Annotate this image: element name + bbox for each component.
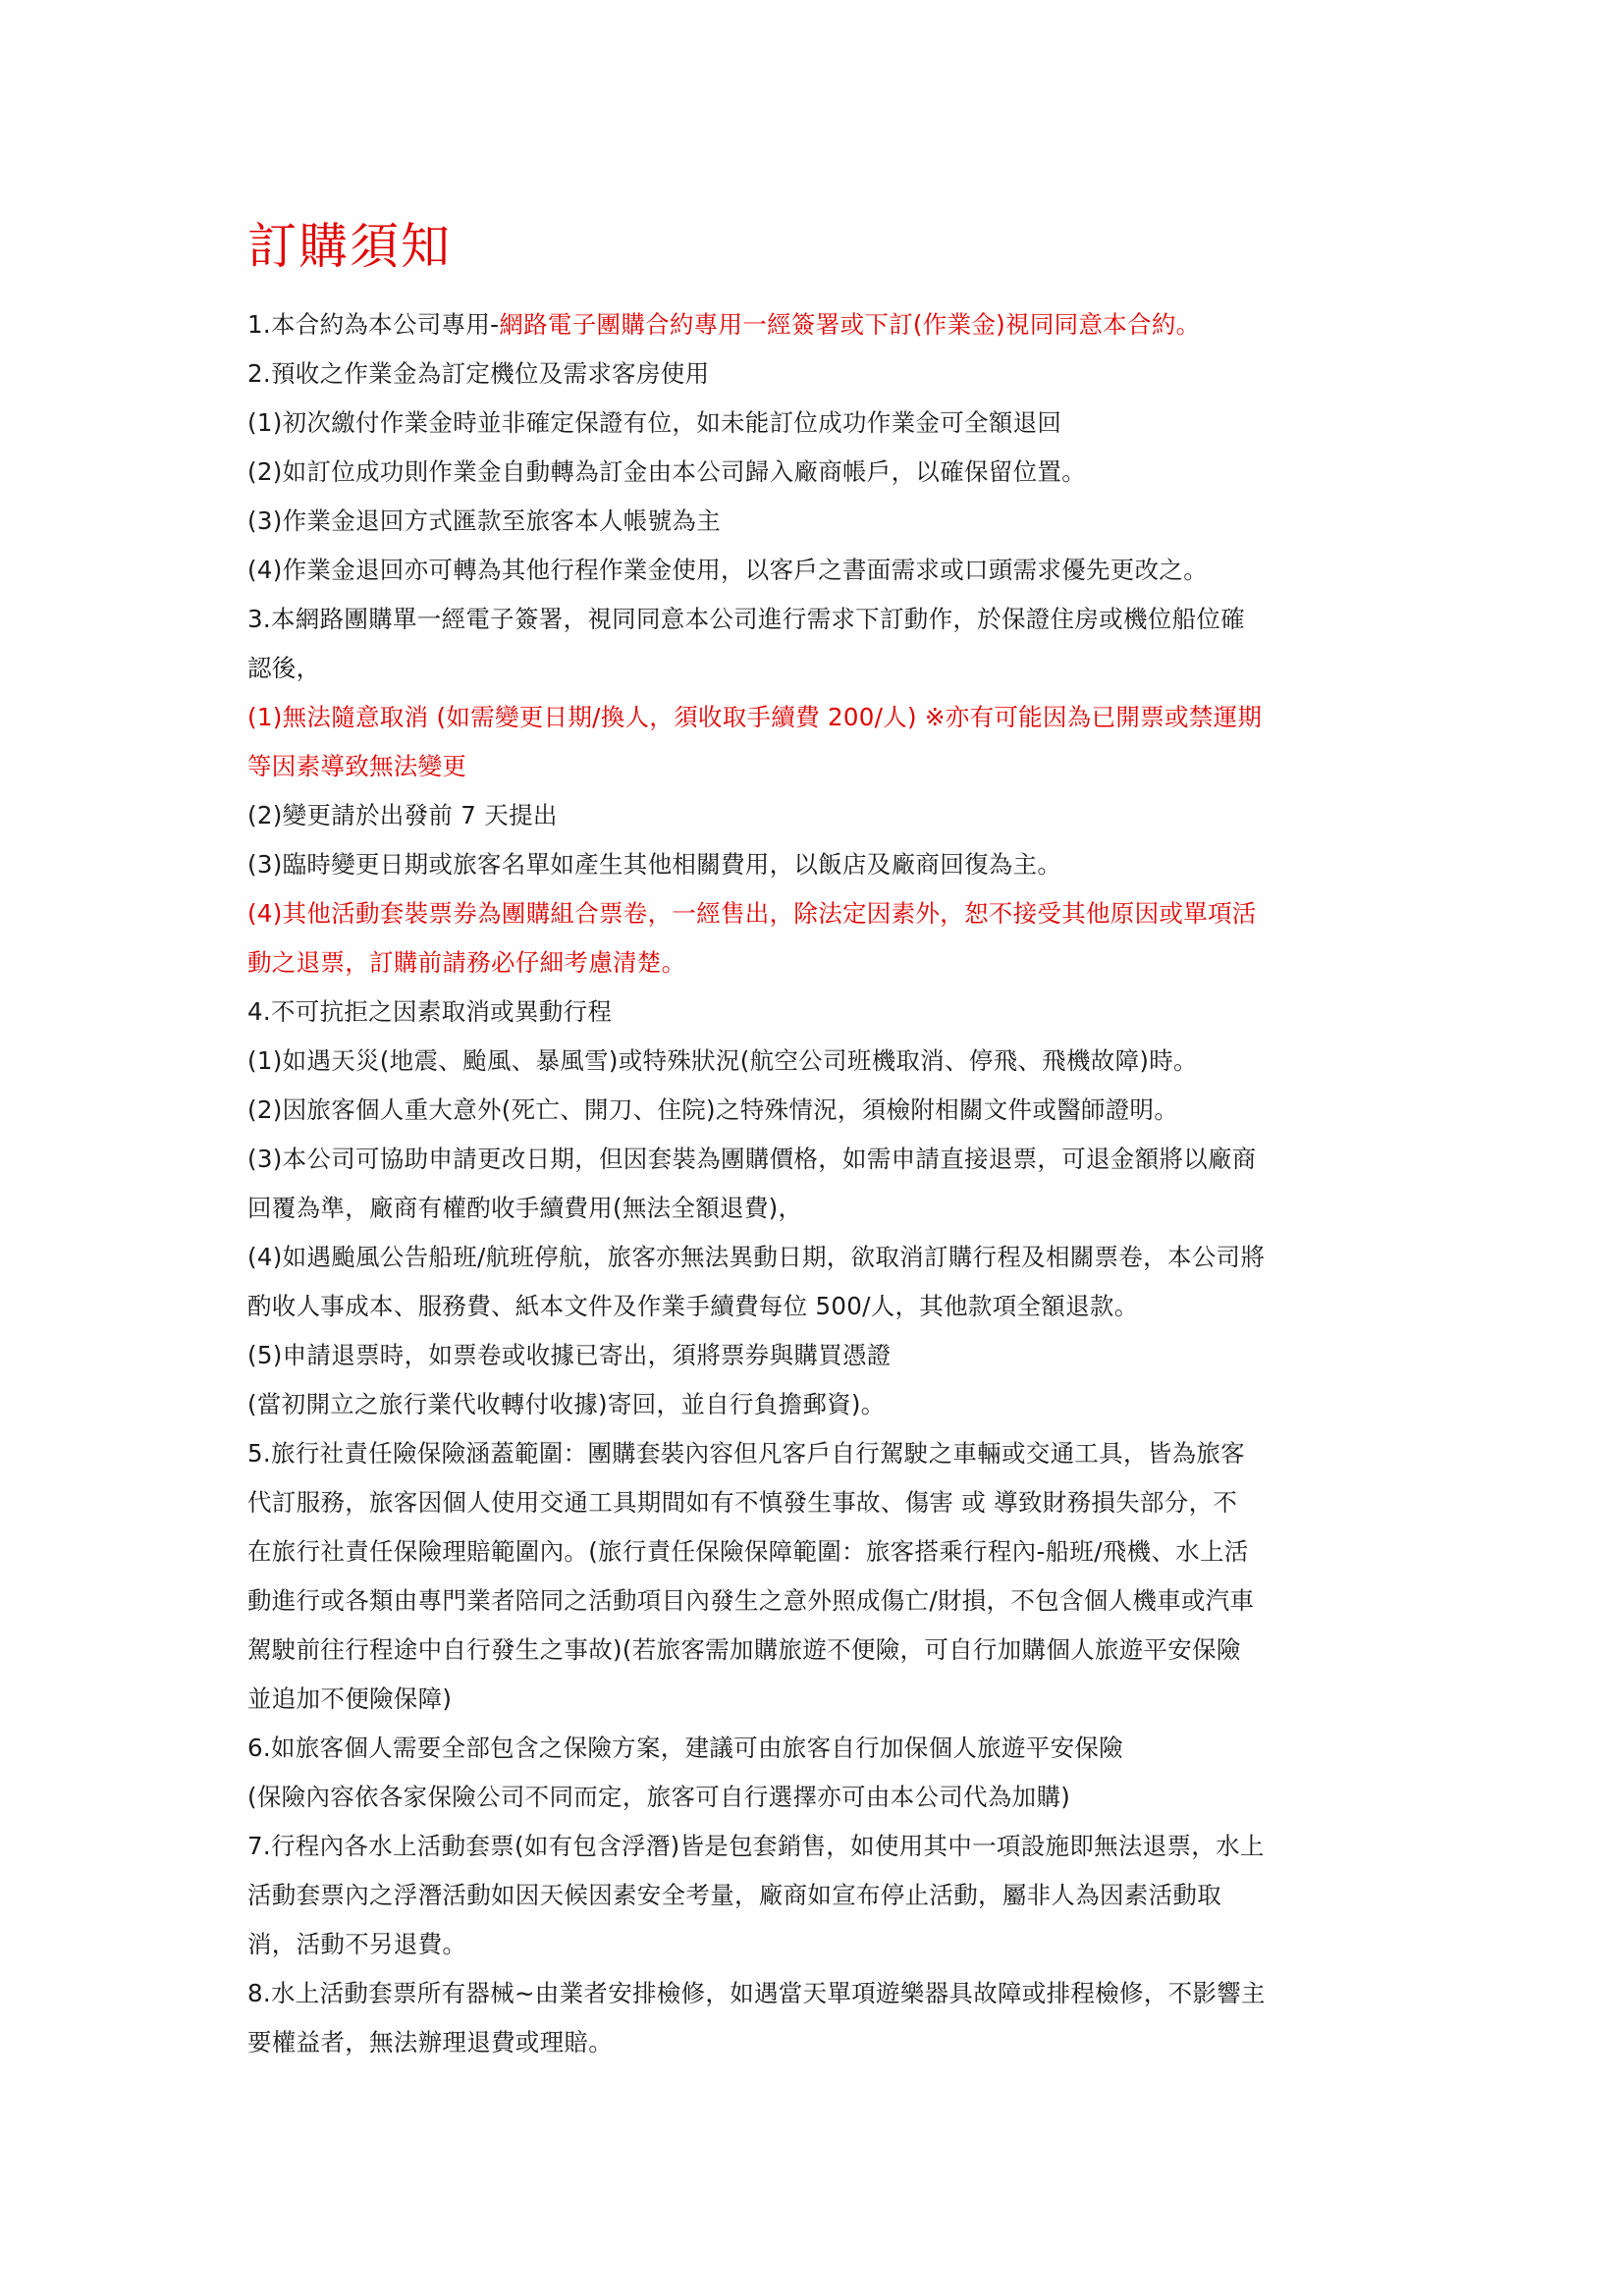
terms-line: (5)申請退票時，如票卷或收據已寄出，須將票券與購買憑證 [247, 1331, 1396, 1380]
terms-line: 要權益者，無法辦理退費或理賠。 [247, 2018, 1396, 2067]
body-text: 2.預收之作業金為訂定機位及需求客房使用 [247, 359, 709, 388]
body-text: (1)如遇天災(地震、颱風、暴風雪)或特殊狀況(航空公司班機取消、停飛、飛機故障… [247, 1046, 1198, 1075]
highlighted-text: 網路電子團購合約專用一經簽署或下訂(作業金)視同同意本合約。 [499, 310, 1200, 339]
terms-line: 並追加不便險保障) [247, 1675, 1396, 1724]
terms-line: (2)如訂位成功則作業金自動轉為訂金由本公司歸入廠商帳戶，以確保留位置。 [247, 448, 1396, 497]
highlighted-text: (4)其他活動套裝票券為團購組合票卷，一經售出，除法定因素外，恕不接受其他原因或… [247, 899, 1257, 928]
body-text: 代訂服務，旅客因個人使用交通工具期間如有不慎發生事故、傷害 或 導致財務損失部分… [247, 1488, 1237, 1517]
terms-line: (1)無法隨意取消 (如需變更日期/換人，須收取手續費 200/人) ※亦有可能… [247, 693, 1396, 742]
terms-line: (保險內容依各家保險公司不同而定，旅客可自行選擇亦可由本公司代為加購) [247, 1773, 1396, 1822]
terms-line: 等因素導致無法變更 [247, 742, 1396, 791]
body-text: (2)因旅客個人重大意外(死亡、開刀、住院)之特殊情況，須檢附相關文件或醫師證明… [247, 1095, 1178, 1124]
terms-body: 1.本合約為本公司專用-網路電子團購合約專用一經簽署或下訂(作業金)視同同意本合… [247, 300, 1396, 2067]
terms-line: 活動套票內之浮潛活動如因天候因素安全考量，廠商如宣布停止活動，屬非人為因素活動取 [247, 1871, 1396, 1920]
page-title: 訂購須知 [247, 214, 1396, 279]
terms-line: (1)如遇天災(地震、颱風、暴風雪)或特殊狀況(航空公司班機取消、停飛、飛機故障… [247, 1037, 1396, 1086]
body-text: (當初開立之旅行業代收轉付收據)寄回，並自行負擔郵資)。 [247, 1390, 886, 1418]
terms-line: 駕駛前往行程途中自行發生之事故)(若旅客需加購旅遊不便險，可自行加購個人旅遊平安… [247, 1626, 1396, 1675]
terms-line: 8.水上活動套票所有器械~由業者安排檢修，如遇當天單項遊樂器具故障或排程檢修，不… [247, 1969, 1396, 2018]
terms-line: 酌收人事成本、服務費、紙本文件及作業手續費每位 500/人，其他款項全額退款。 [247, 1282, 1396, 1331]
body-text: 3.本網路團購單一經電子簽署，視同同意本公司進行需求下訂動作，於保證住房或機位船… [247, 605, 1245, 633]
body-text: (3)臨時變更日期或旅客名單如產生其他相關費用，以飯店及廠商回復為主。 [247, 850, 1061, 879]
highlighted-text: (1)無法隨意取消 (如需變更日期/換人，須收取手續費 200/人) ※亦有可能… [247, 703, 1262, 731]
terms-line: 回覆為準，廠商有權酌收手續費用(無法全額退費)， [247, 1184, 1396, 1233]
terms-line: 在旅行社責任保險理賠範圍內。(旅行責任保險保障範圍：旅客搭乘行程內-船班/飛機、… [247, 1527, 1396, 1576]
body-text: 酌收人事成本、服務費、紙本文件及作業手續費每位 500/人，其他款項全額退款。 [247, 1292, 1139, 1320]
terms-line: 消，活動不另退費。 [247, 1920, 1396, 1969]
body-text: 6.如旅客個人需要全部包含之保險方案，建議可由旅客自行加保個人旅遊平安保險 [247, 1734, 1123, 1762]
terms-line: (當初開立之旅行業代收轉付收據)寄回，並自行負擔郵資)。 [247, 1380, 1396, 1429]
body-text: (4)如遇颱風公告船班/航班停航，旅客亦無法異動日期，欲取消訂購行程及相關票卷，… [247, 1243, 1265, 1271]
body-text: 駕駛前往行程途中自行發生之事故)(若旅客需加購旅遊不便險，可自行加購個人旅遊平安… [247, 1635, 1241, 1664]
terms-line: (2)變更請於出發前 7 天提出 [247, 791, 1396, 840]
terms-line: 4.不可抗拒之因素取消或異動行程 [247, 988, 1396, 1037]
terms-line: (3)臨時變更日期或旅客名單如產生其他相關費用，以飯店及廠商回復為主。 [247, 840, 1396, 889]
terms-line: 2.預收之作業金為訂定機位及需求客房使用 [247, 349, 1396, 399]
body-text: 回覆為準，廠商有權酌收手續費用(無法全額退費)， [247, 1194, 802, 1222]
terms-line: (2)因旅客個人重大意外(死亡、開刀、住院)之特殊情況，須檢附相關文件或醫師證明… [247, 1086, 1396, 1135]
body-text: (2)如訂位成功則作業金自動轉為訂金由本公司歸入廠商帳戶，以確保留位置。 [247, 457, 1086, 486]
terms-line: (1)初次繳付作業金時並非確定保證有位，如未能訂位成功作業金可全額退回 [247, 399, 1396, 448]
terms-line: 動之退票，訂購前請務必仔細考慮清楚。 [247, 938, 1396, 988]
body-text: (3)作業金退回方式匯款至旅客本人帳號為主 [247, 507, 721, 535]
body-text: (5)申請退票時，如票卷或收據已寄出，須將票券與購買憑證 [247, 1341, 892, 1369]
body-text: 7.行程內各水上活動套票(如有包含浮潛)皆是包套銷售，如使用其中一項設施即無法退… [247, 1832, 1265, 1860]
body-text: 並追加不便險保障) [247, 1684, 452, 1713]
terms-line: 動進行或各類由專門業者陪同之活動項目內發生之意外照成傷亡/財損，不包含個人機車或… [247, 1576, 1396, 1626]
terms-line: 5.旅行社責任險保險涵蓋範圍：團購套裝內容但凡客戶自行駕駛之車輛或交通工具，皆為… [247, 1429, 1396, 1478]
terms-line: (3)作業金退回方式匯款至旅客本人帳號為主 [247, 497, 1396, 546]
body-text: (1)初次繳付作業金時並非確定保證有位，如未能訂位成功作業金可全額退回 [247, 408, 1061, 437]
terms-line: (3)本公司可協助申請更改日期，但因套裝為團購價格，如需申請直接退票，可退金額將… [247, 1135, 1396, 1184]
terms-line: (4)作業金退回亦可轉為其他行程作業金使用，以客戶之書面需求或口頭需求優先更改之… [247, 546, 1396, 595]
terms-line: 代訂服務，旅客因個人使用交通工具期間如有不慎發生事故、傷害 或 導致財務損失部分… [247, 1478, 1396, 1527]
highlighted-text: 等因素導致無法變更 [247, 752, 466, 780]
body-text: 活動套票內之浮潛活動如因天候因素安全考量，廠商如宣布停止活動，屬非人為因素活動取 [247, 1881, 1221, 1909]
body-text: 消，活動不另退費。 [247, 1930, 466, 1958]
body-text: 4.不可抗拒之因素取消或異動行程 [247, 997, 612, 1026]
body-text: 動進行或各類由專門業者陪同之活動項目內發生之意外照成傷亡/財損，不包含個人機車或… [247, 1586, 1254, 1615]
body-text: (2)變更請於出發前 7 天提出 [247, 801, 558, 829]
body-text: (4)作業金退回亦可轉為其他行程作業金使用，以客戶之書面需求或口頭需求優先更改之… [247, 556, 1208, 584]
terms-line: 7.行程內各水上活動套票(如有包含浮潛)皆是包套銷售，如使用其中一項設施即無法退… [247, 1822, 1396, 1871]
terms-line: 3.本網路團購單一經電子簽署，視同同意本公司進行需求下訂動作，於保證住房或機位船… [247, 595, 1396, 644]
body-text: 8.水上活動套票所有器械~由業者安排檢修，如遇當天單項遊樂器具故障或排程檢修，不… [247, 1979, 1266, 2007]
body-text: 1.本合約為本公司專用- [247, 310, 499, 339]
document-page: 訂購須知 1.本合約為本公司專用-網路電子團購合約專用一經簽署或下訂(作業金)視… [247, 214, 1396, 2067]
terms-line: 6.如旅客個人需要全部包含之保險方案，建議可由旅客自行加保個人旅遊平安保險 [247, 1724, 1396, 1773]
terms-line: (4)如遇颱風公告船班/航班停航，旅客亦無法異動日期，欲取消訂購行程及相關票卷，… [247, 1233, 1396, 1282]
highlighted-text: 動之退票，訂購前請務必仔細考慮清楚。 [247, 948, 685, 977]
body-text: (3)本公司可協助申請更改日期，但因套裝為團購價格，如需申請直接退票，可退金額將… [247, 1145, 1257, 1173]
body-text: 在旅行社責任保險理賠範圍內。(旅行責任保險保障範圍：旅客搭乘行程內-船班/飛機、… [247, 1537, 1249, 1566]
body-text: 認後， [247, 654, 320, 682]
terms-line: (4)其他活動套裝票券為團購組合票卷，一經售出，除法定因素外，恕不接受其他原因或… [247, 889, 1396, 938]
terms-line: 1.本合約為本公司專用-網路電子團購合約專用一經簽署或下訂(作業金)視同同意本合… [247, 300, 1396, 349]
body-text: 5.旅行社責任險保險涵蓋範圍：團購套裝內容但凡客戶自行駕駛之車輛或交通工具，皆為… [247, 1439, 1245, 1468]
terms-line: 認後， [247, 644, 1396, 693]
body-text: (保險內容依各家保險公司不同而定，旅客可自行選擇亦可由本公司代為加購) [247, 1783, 1070, 1811]
body-text: 要權益者，無法辦理退費或理賠。 [247, 2028, 613, 2056]
